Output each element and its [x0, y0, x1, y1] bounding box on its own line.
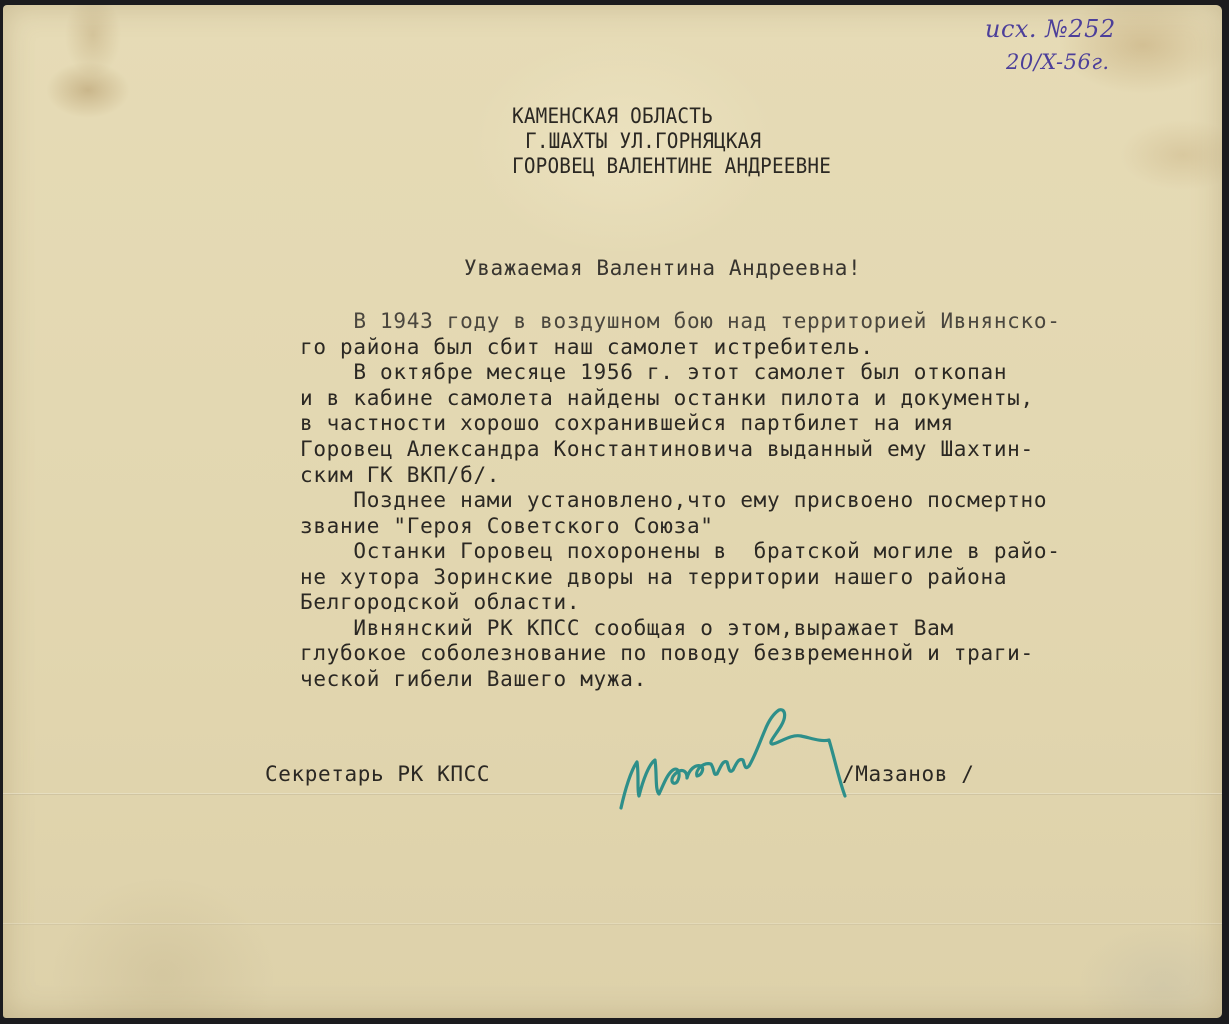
salutation: Уважаемая Валентина Андреевна! [464, 255, 861, 281]
registry-number: исх. №252 [985, 15, 1116, 43]
letter-paper: исх. №252 20/X-56г. КАМЕНСКАЯ ОБЛАСТЬ Г.… [3, 5, 1222, 1018]
fold-line [3, 793, 1222, 795]
body-line: ским ГК ВКП/б/. [300, 463, 500, 489]
address-street: Г.ШАХТЫ УЛ.ГОРНЯЦКАЯ [525, 129, 761, 154]
handwritten-signature [615, 700, 855, 820]
body-line: в частности хорошо сохранившейся партбил… [300, 411, 954, 437]
body-line: и в кабине самолета найдены останки пило… [300, 386, 1034, 412]
signatory-title: Секретарь РК КПСС [265, 762, 490, 787]
body-line: В 1943 году в воздушном бою над территор… [300, 309, 1061, 335]
address-recipient: ГОРОВЕЦ ВАЛЕНТИНЕ АНДРЕЕВНЕ [512, 154, 831, 179]
scan-frame: исх. №252 20/X-56г. КАМЕНСКАЯ ОБЛАСТЬ Г.… [0, 0, 1229, 1024]
registry-date: 20/X-56г. [1006, 50, 1110, 74]
body-line: Ивнянский РК КПСС сообщая о этом,выражае… [300, 616, 954, 642]
address-region: КАМЕНСКАЯ ОБЛАСТЬ [512, 104, 713, 129]
body-line: Белгородской области. [300, 590, 580, 616]
body-line: го района был сбит наш самолет истребите… [300, 335, 874, 361]
body-line: звание "Героя Советского Союза" [300, 514, 714, 540]
body-line: не хутора Зоринские дворы на территории … [300, 565, 1007, 591]
body-line: Позднее нами установлено,что ему присвое… [300, 488, 1047, 514]
fold-line [3, 923, 1222, 925]
body-line: ческой гибели Вашего мужа. [300, 667, 647, 693]
body-line: В октябре месяце 1956 г. этот самолет бы… [300, 360, 1007, 386]
body-line: Горовец Александра Константиновича выдан… [300, 437, 1034, 463]
body-line: глубокое соболезнование по поводу безвре… [300, 641, 1034, 667]
signatory-name: /Мазанов / [842, 762, 974, 787]
body-line: Останки Горовец похоронены в братской мо… [300, 539, 1061, 565]
